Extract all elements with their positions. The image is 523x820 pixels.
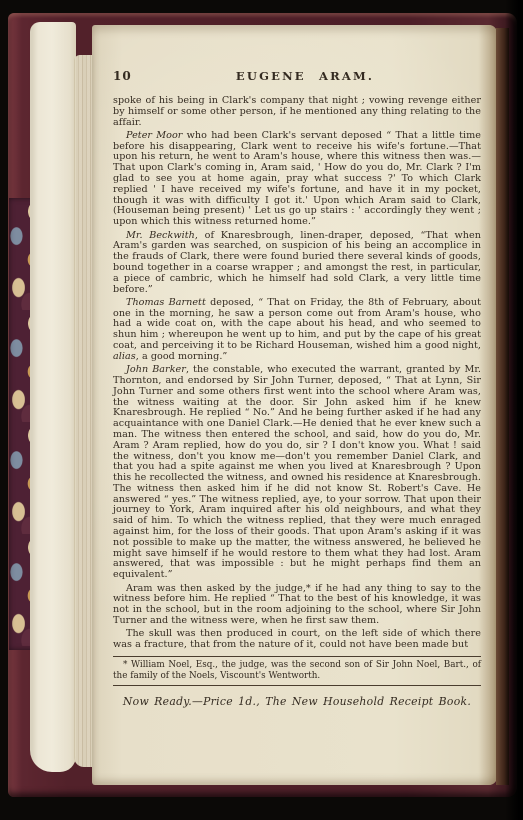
printed-content: 10 EUGENE ARAM. spoke of his being in Cl… — [113, 69, 481, 708]
advert-rule — [113, 685, 481, 686]
italic-text-run: Mr. Beckwith — [126, 230, 195, 241]
body-text: spoke of his being in Clark's company th… — [113, 96, 481, 651]
text-run: , the constable, who executed the warran… — [113, 364, 481, 580]
book-page: 10 EUGENE ARAM. spoke of his being in Cl… — [92, 25, 497, 785]
text-run: , a good morning.” — [136, 351, 228, 362]
paragraph: John Barker, the constable, who executed… — [113, 365, 481, 581]
book-scan: 10 EUGENE ARAM. spoke of his being in Cl… — [0, 0, 523, 820]
italic-text-run: Thomas Barnett — [126, 297, 206, 308]
running-header: 10 EUGENE ARAM. — [113, 69, 481, 83]
text-run: The skull was then produced in court, on… — [113, 628, 481, 650]
italic-text-run: John Barker — [126, 364, 186, 375]
paragraph: The skull was then produced in court, on… — [113, 629, 481, 651]
paragraph: Mr. Beckwith, of Knaresbrough, linen-dra… — [113, 231, 481, 296]
advertisement-line: Now Ready.—Price 1d., The New Household … — [113, 695, 481, 708]
running-title: EUGENE ARAM. — [169, 69, 441, 83]
gutter-shadow — [479, 25, 497, 785]
text-run: spoke of his being in Clark's company th… — [113, 95, 481, 128]
flyleaf-page-edge — [30, 22, 76, 772]
footnote: * William Noel, Esq., the judge, was the… — [113, 660, 481, 681]
paragraph: spoke of his being in Clark's company th… — [113, 96, 481, 128]
italic-text-run: alias — [113, 351, 136, 362]
paragraph: Peter Moor who had been Clark's servant … — [113, 131, 481, 228]
right-background-shade — [505, 0, 523, 820]
paragraph: Thomas Barnett deposed, “ That on Friday… — [113, 298, 481, 363]
italic-text-run: Peter Moor — [126, 130, 182, 141]
paragraph: Aram was then asked by the judge,* if he… — [113, 584, 481, 627]
text-run: who had been Clark's servant deposed “ T… — [113, 130, 481, 227]
page-number: 10 — [113, 69, 169, 83]
stacked-page-edges — [74, 55, 94, 767]
text-run: Aram was then asked by the judge,* if he… — [113, 583, 481, 626]
footnote-rule — [113, 656, 481, 657]
